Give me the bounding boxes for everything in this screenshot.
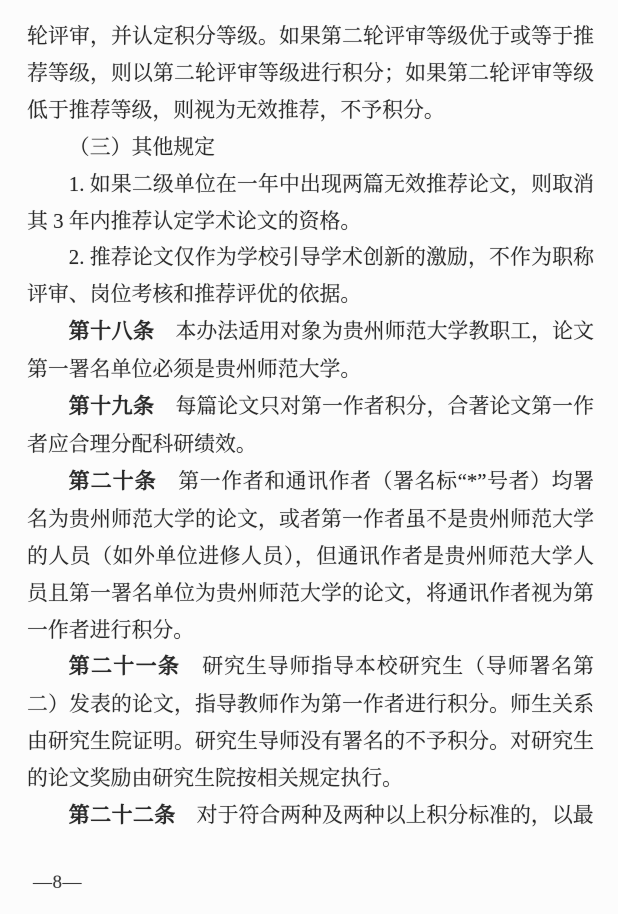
list-item-1: 1. 如果二级单位在一年中出现两篇无效推荐论文，则取消其 3 年内推荐认定学术论… xyxy=(27,166,594,240)
article-19: 第十九条 每篇论文只对第一作者积分，合著论文第一作者应合理分配科研绩效。 xyxy=(27,388,594,463)
article-number: 第十九条 xyxy=(69,395,155,418)
page-number: —8— xyxy=(33,871,82,895)
article-number: 第二十一条 xyxy=(69,655,181,678)
article-18: 第十八条 本办法适用对象为贵州师范大学教职工，论文第一署名单位必须是贵州师范大学… xyxy=(27,313,594,388)
article-21: 第二十一条 研究生导师指导本校研究生（导师署名第二）发表的论文，指导教师作为第一… xyxy=(27,648,594,797)
article-number: 第十八条 xyxy=(69,320,155,343)
article-22: 第二十二条 对于符合两种及两种以上积分标准的，以最 xyxy=(27,797,594,835)
document-body: 轮评审，并认定积分等级。如果第二轮评审等级优于或等于推荐等级，则以第二轮评审等级… xyxy=(27,18,594,835)
subsection-heading: （三）其他规定 xyxy=(27,129,594,166)
document-page: 轮评审，并认定积分等级。如果第二轮评审等级优于或等于推荐等级，则以第二轮评审等级… xyxy=(0,0,618,914)
list-item-2: 2. 推荐论文仅作为学校引导学术创新的激励，不作为职称评审、岗位考核和推荐评优的… xyxy=(27,239,594,313)
article-number: 第二十二条 xyxy=(69,804,176,827)
article-20: 第二十条 第一作者和通讯作者（署名标“*”号者）均署名为贵州师范大学的论文，或者… xyxy=(27,463,594,649)
paragraph-continuation: 轮评审，并认定积分等级。如果第二轮评审等级优于或等于推荐等级，则以第二轮评审等级… xyxy=(27,18,594,129)
article-number: 第二十条 xyxy=(69,470,157,493)
